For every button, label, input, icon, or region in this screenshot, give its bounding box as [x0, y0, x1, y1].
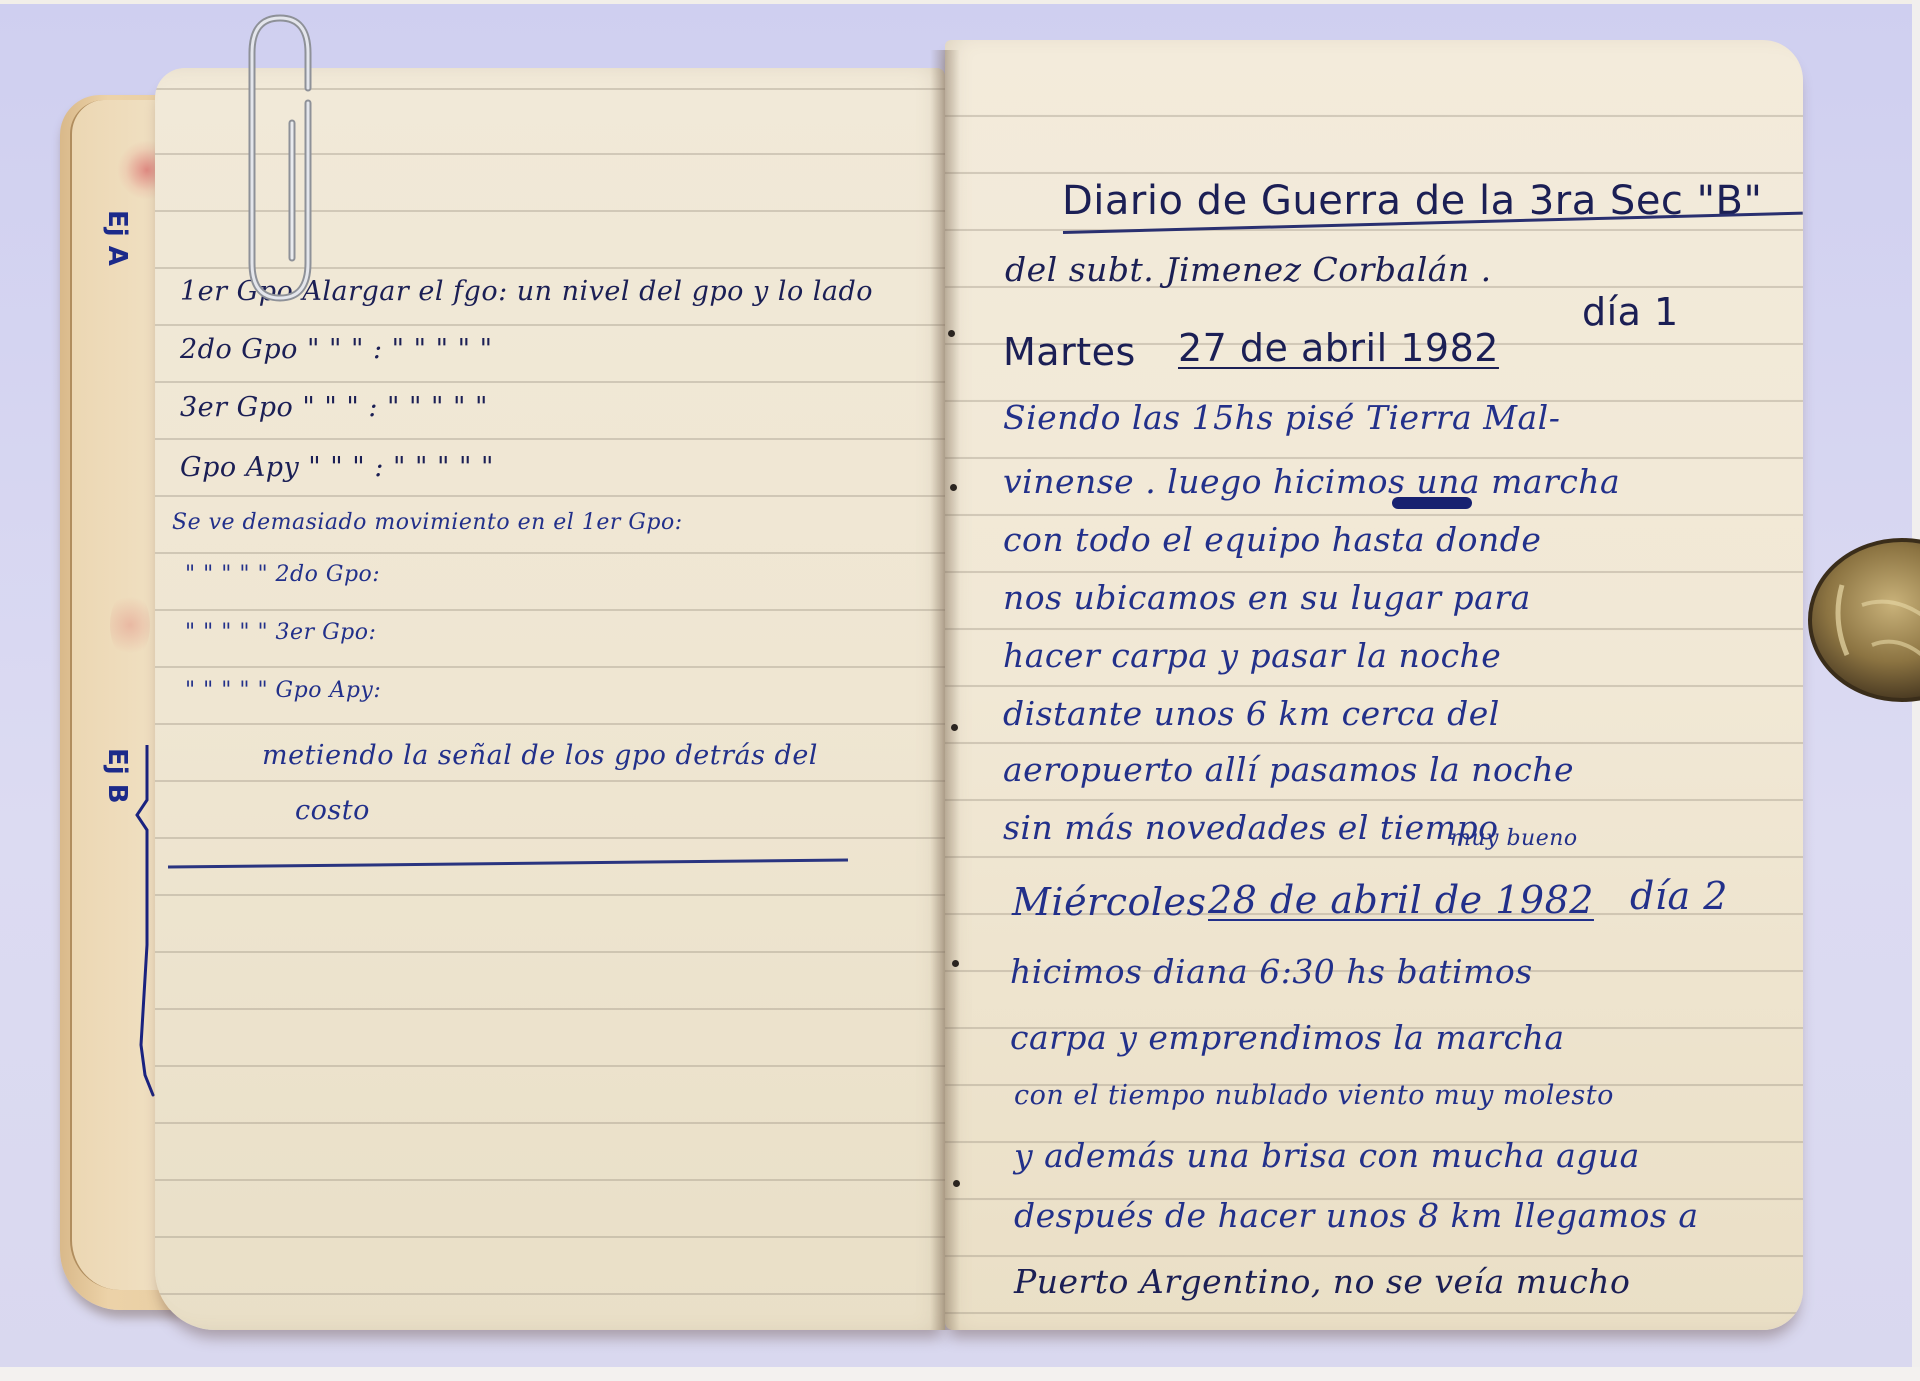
entry-1-line: aeropuerto allí pasamos la noche [1003, 750, 1574, 789]
left-line-3: 3er Gpo " " " : " " " " " [180, 392, 488, 423]
binding-stitch [951, 724, 958, 731]
entry-1-line: hacer carpa y pasar la noche [1003, 636, 1501, 675]
left-line-9: metiendo la señal de los gpo detrás del [262, 740, 818, 771]
entry-2-line: con el tiempo nublado viento muy molesto [1014, 1080, 1614, 1111]
entry-2-weekday: Miércoles [1012, 880, 1207, 924]
entry-1-date: 27 de abril 1982 [1178, 326, 1499, 370]
flap-note-top: Ej A [102, 210, 132, 266]
paperclip-icon [228, 8, 338, 308]
coin-icon [1802, 535, 1920, 705]
photo-border-bottom [0, 1367, 1920, 1381]
entry-1-line: Siendo las 15hs pisé Tierra Mal- [1003, 398, 1560, 437]
entry-1-weekday: Martes [1003, 330, 1136, 374]
entry-2-line: y además una brisa con mucha agua [1014, 1136, 1640, 1175]
left-line-4: Gpo Apy " " " : " " " " " [180, 452, 494, 483]
red-stain [110, 590, 150, 660]
left-line-7: " " " " " 3er Gpo: [185, 620, 376, 645]
entry-2-line: después de hacer unos 8 km llegamos a [1014, 1196, 1699, 1235]
binding-stitch [948, 330, 955, 337]
bracket-mark [125, 745, 155, 1100]
left-line-10: costo [295, 795, 370, 826]
entry-1-line: sin más novedades el tiempo [1003, 808, 1499, 847]
entry-2-day: día 2 [1630, 874, 1728, 918]
left-line-5: Se ve demasiado movimiento en el 1er Gpo… [172, 510, 683, 535]
ink-blot [1392, 497, 1472, 509]
binding-stitch [953, 1180, 960, 1187]
book-gutter [930, 50, 960, 1330]
entry-1-line: nos ubicamos en su lugar para [1003, 578, 1531, 617]
left-line-2: 2do Gpo " " " : " " " " " [180, 334, 493, 365]
entry-1-line: distante unos 6 km cerca del [1003, 694, 1500, 733]
entry-1-line: muy bueno [1450, 826, 1578, 851]
binding-stitch [952, 960, 959, 967]
left-line-8: " " " " " Gpo Apy: [185, 678, 381, 703]
entry-1-day: día 1 [1582, 290, 1679, 334]
entry-1-line: con todo el equipo hasta donde [1003, 520, 1541, 559]
photo-border-top [0, 0, 1920, 4]
left-line-6: " " " " " 2do Gpo: [185, 562, 380, 587]
entry-1-line: vinense . luego hicimos una marcha [1003, 462, 1620, 501]
binding-stitch [950, 484, 957, 491]
entry-2-date: 28 de abril de 1982 [1208, 878, 1594, 922]
entry-2-line: Puerto Argentino, no se veía mucho [1014, 1262, 1630, 1301]
diary-author: del subt. Jimenez Corbalán . [1005, 250, 1492, 289]
entry-2-line: hicimos diana 6:30 hs batimos [1010, 952, 1533, 991]
entry-2-line: carpa y emprendimos la marcha [1010, 1018, 1565, 1057]
